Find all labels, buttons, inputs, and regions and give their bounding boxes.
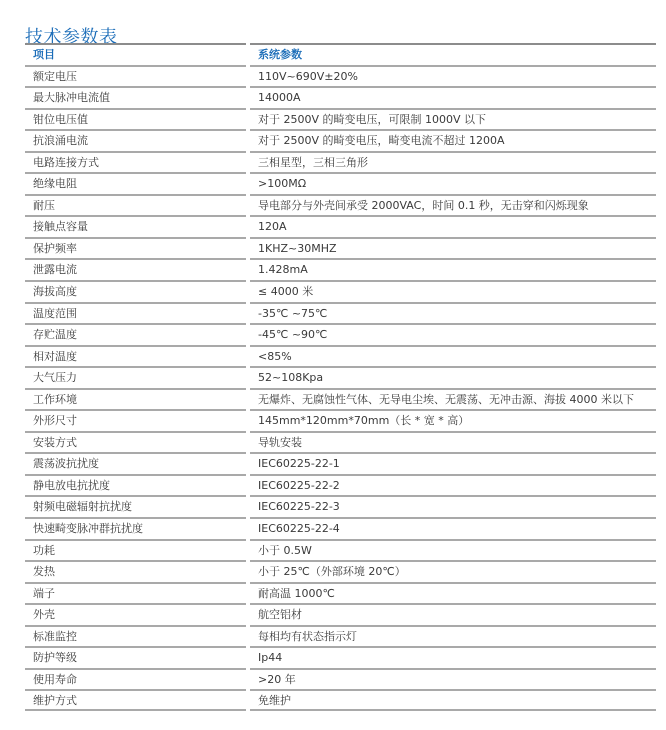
row-item-value: 52~108Kpa bbox=[250, 366, 656, 388]
table-row: 最大脉冲电流值14000A bbox=[25, 86, 656, 108]
row-item-label: 维护方式 bbox=[25, 689, 246, 711]
row-item-label: 保护频率 bbox=[25, 237, 246, 259]
row-item-label: 外形尺寸 bbox=[25, 409, 246, 431]
row-item-label: 温度范围 bbox=[25, 302, 246, 324]
row-item-label: 存贮温度 bbox=[25, 323, 246, 345]
table-body: 额定电压110V~690V±20%最大脉冲电流值14000A钳位电压值对于 25… bbox=[25, 65, 656, 711]
row-item-value: 120A bbox=[250, 215, 656, 237]
row-item-label: 接触点容量 bbox=[25, 215, 246, 237]
row-item-label: 使用寿命 bbox=[25, 668, 246, 690]
table-row: 维护方式免维护 bbox=[25, 689, 656, 711]
table-row: 震荡波抗扰度IEC60225-22-1 bbox=[25, 452, 656, 474]
table-row: 温度范围-35℃ ~75℃ bbox=[25, 302, 656, 324]
table-row: 海拔高度≤ 4000 米 bbox=[25, 280, 656, 302]
row-item-value: 对于 2500V 的畸变电压，畸变电流不超过 1200A bbox=[250, 129, 656, 151]
row-item-label: 电路连接方式 bbox=[25, 151, 246, 173]
table-row: 使用寿命>20 年 bbox=[25, 668, 656, 690]
row-item-value: 小于 0.5W bbox=[250, 539, 656, 561]
row-item-value: 1.428mA bbox=[250, 258, 656, 280]
row-item-value: 导轨安装 bbox=[250, 431, 656, 453]
table-row: 抗浪涌电流对于 2500V 的畸变电压，畸变电流不超过 1200A bbox=[25, 129, 656, 151]
table-row: 大气压力52~108Kpa bbox=[25, 366, 656, 388]
table-row: 防护等级Ip44 bbox=[25, 646, 656, 668]
column-header-item: 项目 bbox=[25, 43, 246, 65]
row-item-label: 绝缘电阻 bbox=[25, 172, 246, 194]
row-item-value: 航空铝材 bbox=[250, 603, 656, 625]
table-row: 耐压导电部分与外壳间承受 2000VAC，时间 0.1 秒，无击穿和闪烁现象 bbox=[25, 194, 656, 216]
row-item-label: 安装方式 bbox=[25, 431, 246, 453]
table-row: 接触点容量120A bbox=[25, 215, 656, 237]
row-item-label: 射频电磁辐射抗扰度 bbox=[25, 495, 246, 517]
row-item-label: 海拔高度 bbox=[25, 280, 246, 302]
table-row: 发热小于 25℃（外部环境 20℃） bbox=[25, 560, 656, 582]
table-row: 相对温度<85% bbox=[25, 345, 656, 367]
table-row: 射频电磁辐射抗扰度IEC60225-22-3 bbox=[25, 495, 656, 517]
table-header-row: 项目 系统参数 bbox=[25, 43, 656, 65]
row-item-value: 14000A bbox=[250, 86, 656, 108]
spec-table: 项目 系统参数 额定电压110V~690V±20%最大脉冲电流值14000A钳位… bbox=[25, 43, 656, 711]
row-item-value: 三相星型，三相三角形 bbox=[250, 151, 656, 173]
row-item-value: 免维护 bbox=[250, 689, 656, 711]
row-item-label: 工作环境 bbox=[25, 388, 246, 410]
table-row: 电路连接方式三相星型，三相三角形 bbox=[25, 151, 656, 173]
row-item-value: 每相均有状态指示灯 bbox=[250, 625, 656, 647]
row-item-label: 相对温度 bbox=[25, 345, 246, 367]
row-item-value: Ip44 bbox=[250, 646, 656, 668]
table-row: 保护频率1KHZ~30MHZ bbox=[25, 237, 656, 259]
row-item-label: 端子 bbox=[25, 582, 246, 604]
row-item-label: 泄露电流 bbox=[25, 258, 246, 280]
table-row: 额定电压110V~690V±20% bbox=[25, 65, 656, 87]
table-row: 工作环境无爆炸、无腐蚀性气体、无导电尘埃、无震荡、无冲击源、海拔 4000 米以… bbox=[25, 388, 656, 410]
row-item-label: 发热 bbox=[25, 560, 246, 582]
table-row: 安装方式导轨安装 bbox=[25, 431, 656, 453]
table-row: 功耗小于 0.5W bbox=[25, 539, 656, 561]
row-item-value: IEC60225-22-4 bbox=[250, 517, 656, 539]
row-item-value: >100MΩ bbox=[250, 172, 656, 194]
row-item-label: 震荡波抗扰度 bbox=[25, 452, 246, 474]
row-item-value: 耐高温 1000℃ bbox=[250, 582, 656, 604]
row-item-value: >20 年 bbox=[250, 668, 656, 690]
row-item-value: -45℃ ~90℃ bbox=[250, 323, 656, 345]
column-header-value: 系统参数 bbox=[250, 43, 656, 65]
table-row: 端子耐高温 1000℃ bbox=[25, 582, 656, 604]
row-item-value: 110V~690V±20% bbox=[250, 65, 656, 87]
row-item-label: 抗浪涌电流 bbox=[25, 129, 246, 151]
row-item-label: 最大脉冲电流值 bbox=[25, 86, 246, 108]
table-row: 快速畸变脉冲群抗扰度IEC60225-22-4 bbox=[25, 517, 656, 539]
table-row: 绝缘电阻>100MΩ bbox=[25, 172, 656, 194]
table-row: 外壳航空铝材 bbox=[25, 603, 656, 625]
row-item-value: 对于 2500V 的畸变电压，可限制 1000V 以下 bbox=[250, 108, 656, 130]
row-item-value: IEC60225-22-2 bbox=[250, 474, 656, 496]
row-item-value: 小于 25℃（外部环境 20℃） bbox=[250, 560, 656, 582]
table-row: 存贮温度-45℃ ~90℃ bbox=[25, 323, 656, 345]
row-item-label: 耐压 bbox=[25, 194, 246, 216]
row-item-value: -35℃ ~75℃ bbox=[250, 302, 656, 324]
row-item-value: IEC60225-22-3 bbox=[250, 495, 656, 517]
row-item-value: IEC60225-22-1 bbox=[250, 452, 656, 474]
row-item-value: ≤ 4000 米 bbox=[250, 280, 656, 302]
row-item-value: 1KHZ~30MHZ bbox=[250, 237, 656, 259]
row-item-value: 导电部分与外壳间承受 2000VAC，时间 0.1 秒，无击穿和闪烁现象 bbox=[250, 194, 656, 216]
row-item-label: 标准监控 bbox=[25, 625, 246, 647]
table-row: 静电放电抗扰度IEC60225-22-2 bbox=[25, 474, 656, 496]
row-item-label: 防护等级 bbox=[25, 646, 246, 668]
row-item-label: 大气压力 bbox=[25, 366, 246, 388]
row-item-value: 无爆炸、无腐蚀性气体、无导电尘埃、无震荡、无冲击源、海拔 4000 米以下 bbox=[250, 388, 656, 410]
row-item-label: 快速畸变脉冲群抗扰度 bbox=[25, 517, 246, 539]
row-item-label: 外壳 bbox=[25, 603, 246, 625]
row-item-label: 静电放电抗扰度 bbox=[25, 474, 246, 496]
row-item-label: 额定电压 bbox=[25, 65, 246, 87]
table-row: 标准监控每相均有状态指示灯 bbox=[25, 625, 656, 647]
row-item-value: 145mm*120mm*70mm（长 * 宽 * 高） bbox=[250, 409, 656, 431]
table-row: 外形尺寸145mm*120mm*70mm（长 * 宽 * 高） bbox=[25, 409, 656, 431]
row-item-label: 功耗 bbox=[25, 539, 246, 561]
row-item-value: <85% bbox=[250, 345, 656, 367]
table-row: 钳位电压值对于 2500V 的畸变电压，可限制 1000V 以下 bbox=[25, 108, 656, 130]
table-row: 泄露电流1.428mA bbox=[25, 258, 656, 280]
row-item-label: 钳位电压值 bbox=[25, 108, 246, 130]
